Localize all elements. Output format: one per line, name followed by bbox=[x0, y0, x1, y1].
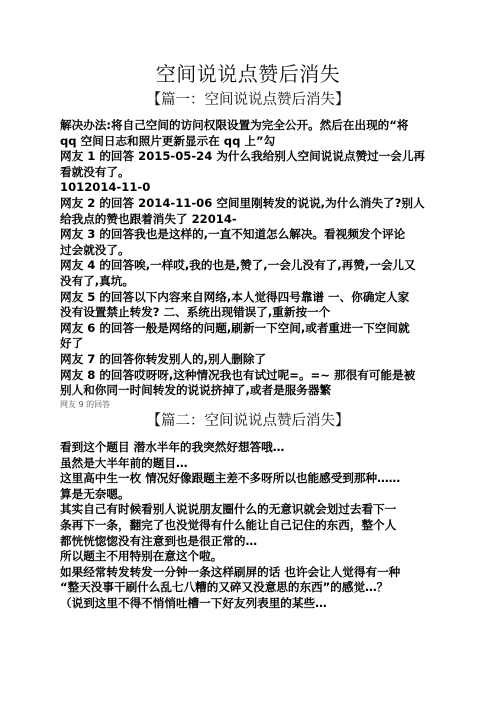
paragraph-line: 网友 8 的回答哎呀呀,这种情况我也有试过呢=。=~ 那很有可能是被 bbox=[60, 368, 438, 384]
section-heading-2: 【篇二：空间说说点赞后消失】 bbox=[0, 409, 496, 430]
paragraph-line: 这里高中生一枚 情况好像跟题主差不多呀所以也能感受到那种…… bbox=[60, 471, 438, 487]
paragraph-line: 算是无奈嗯。 bbox=[60, 487, 438, 503]
paragraph-line: 如果经常转发转发一分钟一条这样刷屏的话 也许会让人觉得有一种 bbox=[60, 565, 438, 581]
paragraph-line: 网友 2 的回答 2014-11-06 空间里刚转发的说说,为什么消失了?别人 bbox=[60, 196, 438, 212]
paragraph-line: 网友 4 的回答唉,一样哎,我的也是,赞了,一会儿没有了,再赞,一会儿又 bbox=[60, 258, 438, 274]
paragraph-line: 看到这个题目 潜水半年的我突然好想答哦… bbox=[60, 440, 438, 456]
paragraph-line: （说到这里不得不悄悄吐槽一下好友列表里的某些… bbox=[60, 596, 438, 612]
paragraph-line: 网友 1 的回答 2015-05-24 为什么我给别人空间说说点赞过一会儿再 bbox=[60, 149, 438, 165]
paragraph-line: 解决办法:将自己空间的访问权限设置为完全公开。然后在出现的“将 bbox=[60, 118, 438, 134]
section-2-body: 看到这个题目 潜水半年的我突然好想答哦… 虽然是大半年前的题目… 这里高中生一枚… bbox=[60, 440, 438, 612]
paragraph-line: “整天没事干刷什么乱七八糟的又碎又没意思的东西”的感觉…？ bbox=[60, 580, 438, 596]
paragraph-line: 网友 3 的回答我也是这样的,一直不知道怎么解决。看视频发个评论 bbox=[60, 227, 438, 243]
paragraph-line: 网友 7 的回答你转发别人的,别人删除了 bbox=[60, 352, 438, 368]
paragraph-line: 虽然是大半年前的题目… bbox=[60, 456, 438, 472]
paragraph-line: 给我点的赞也跟着消失了 22014- bbox=[60, 212, 438, 228]
document-page: 空间说说点赞后消失 【篇一：空间说说点赞后消失】 解决办法:将自己空间的访问权限… bbox=[0, 0, 496, 702]
paragraph-line: 条再下一条，翻完了也没觉得有什么能让自己记住的东西，整个人 bbox=[60, 518, 438, 534]
paragraph-line: 看就没有了。 bbox=[60, 165, 438, 181]
paragraph-line: 1012014-11-0 bbox=[60, 180, 438, 196]
paragraph-line: 过会就没了。 bbox=[60, 243, 438, 259]
paragraph-line: 别人和你同一时间转发的说说挤掉了,或者是服务器繁 bbox=[60, 383, 438, 399]
paragraph-line: 网友 5 的回答以下内容来自网络,本人觉得四号靠谱 一、你确定人家 bbox=[60, 290, 438, 306]
paragraph-line: 网友 6 的回答一般是网络的问题,刷新一下空间,或者重进一下空间就 bbox=[60, 321, 438, 337]
section-heading-1: 【篇一：空间说说点赞后消失】 bbox=[0, 88, 496, 109]
paragraph-line: 没有设置禁止转发? 二、系统出现错误了,重新按一个 bbox=[60, 305, 438, 321]
paragraph-line: 所以题主不用特别在意这个啦。 bbox=[60, 549, 438, 565]
section-1-body: 解决办法:将自己空间的访问权限设置为完全公开。然后在出现的“将 qq 空间日志和… bbox=[60, 118, 438, 410]
paragraph-line: 没有了,真坑。 bbox=[60, 274, 438, 290]
document-title: 空间说说点赞后消失 bbox=[0, 58, 496, 87]
paragraph-line: 好了 bbox=[60, 336, 438, 352]
paragraph-line: 都恍恍惚惚没有注意到也是很正常的… bbox=[60, 534, 438, 550]
paragraph-line: qq 空间日志和照片更新显示在 qq 上”勾 bbox=[60, 134, 438, 150]
paragraph-line: 其实自己有时候看别人说说朋友圈什么的无意识就会划过去看下一 bbox=[60, 502, 438, 518]
